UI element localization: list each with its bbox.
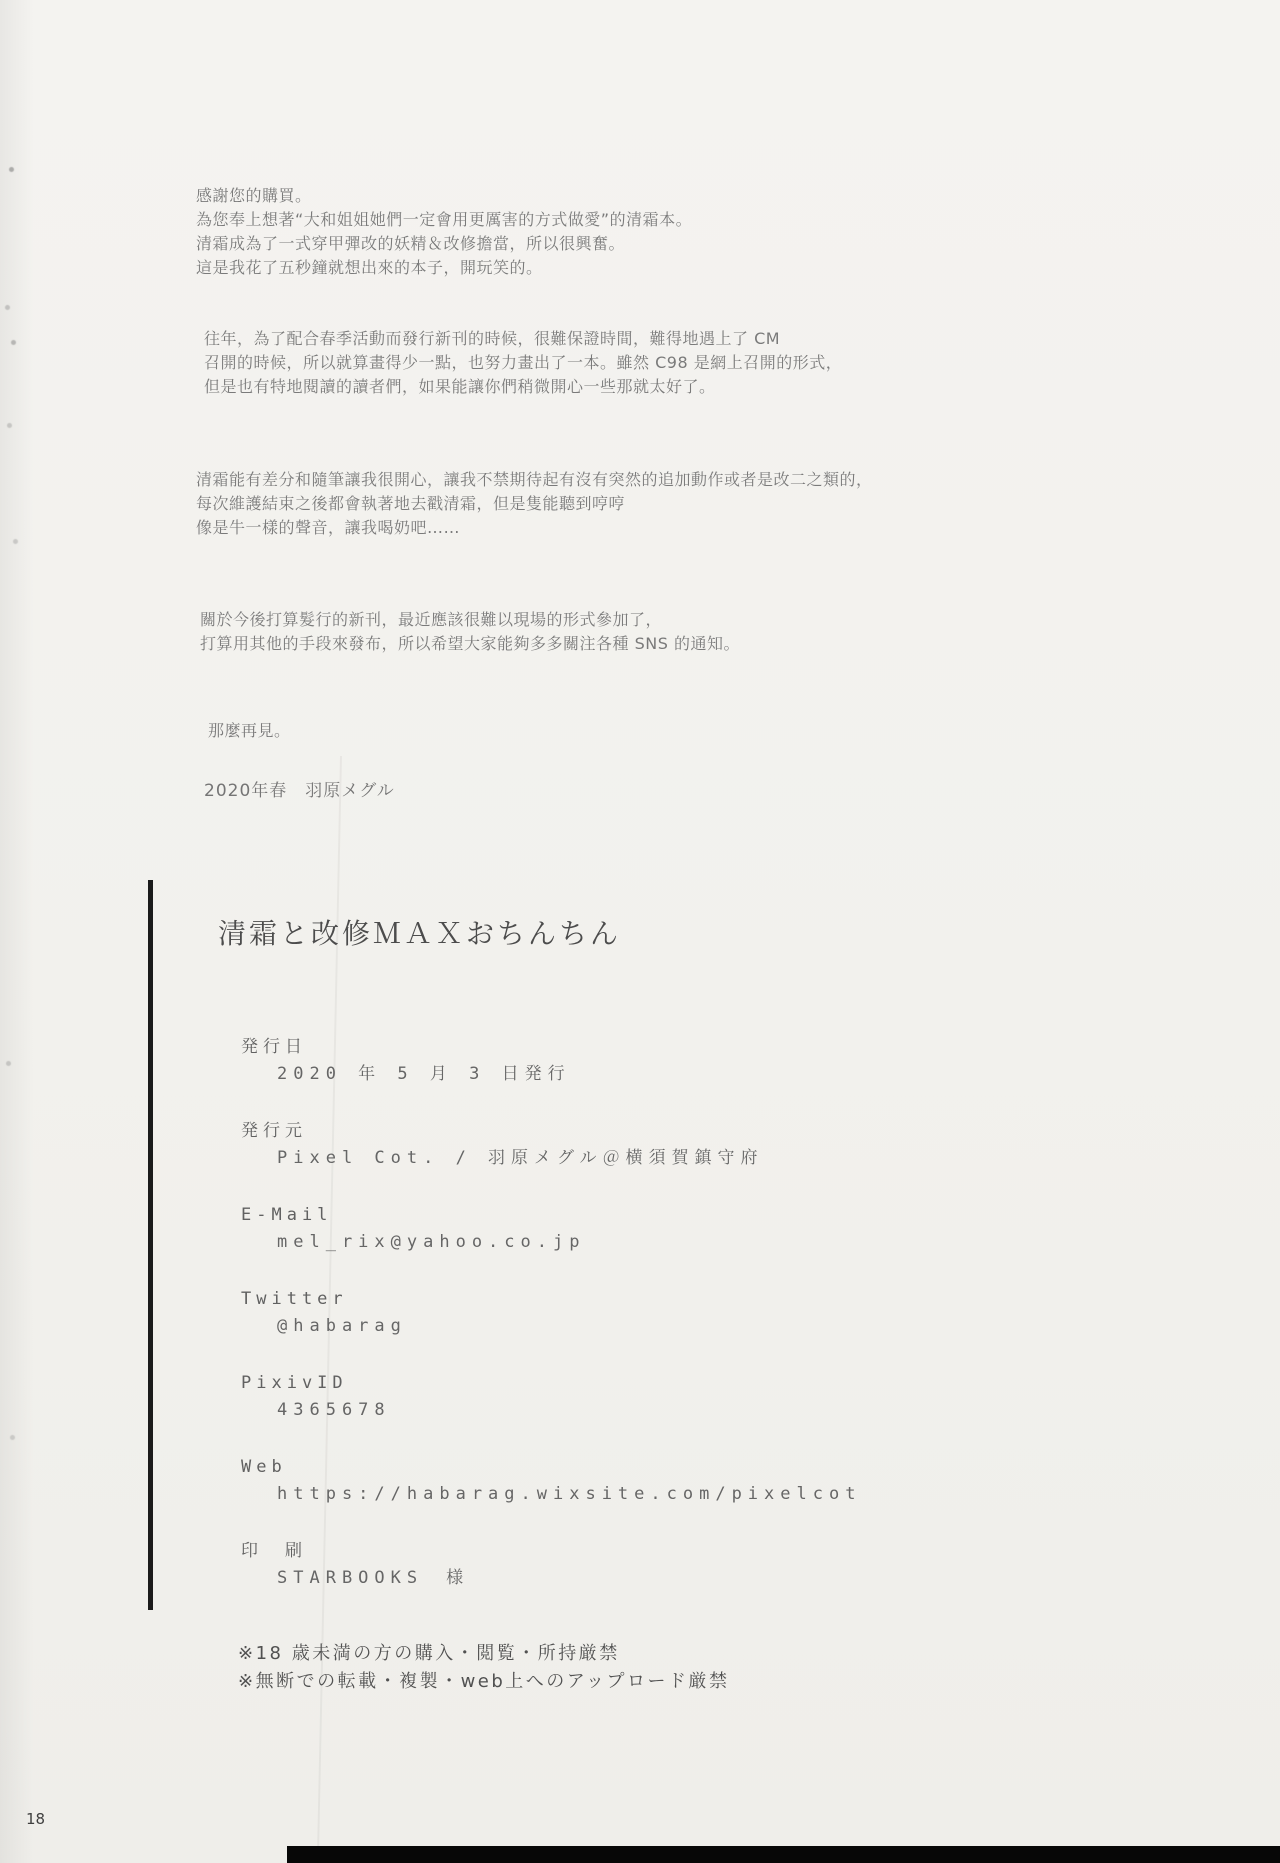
afterword-line: 清霜成為了一式穿甲彈改的妖精＆改修擔當，所以很興奮。 [196,232,692,256]
afterword-line: 像是牛一樣的聲音，讓我喝奶吧…… [196,516,873,540]
entry-value: 4365678 [277,1397,861,1424]
colophon-entry-email: E-Mail mel_rix@yahoo.co.jp [241,1202,861,1256]
entry-label: Web [241,1454,861,1481]
colophon-vertical-rule [148,880,153,1610]
entry-label: 発行日 [241,1034,861,1061]
afterword-line: 為您奉上想著“大和姐姐她們一定會用更厲害的方式做愛”的清霜本。 [196,208,692,232]
afterword-line: 但是也有特地閱讀的讀者們，如果能讓你們稍微開心一些那就太好了。 [204,375,842,399]
afterword-paragraph-4: 關於今後打算髮行的新刊，最近應該很難以現場的形式參加了， 打算用其他的手段來發布… [200,608,740,656]
entry-label: 印 刷 [241,1538,861,1565]
scan-speckles [0,0,3,3]
book-title: 清霜と改修ＭＡＸおちんちん [218,912,621,952]
colophon-entry-publisher: 発行元 Pixel Cot. / 羽原メグル＠横須賀鎮守府 [241,1118,861,1172]
entry-value: https://habarag.wixsite.com/pixelcot [277,1481,861,1508]
page-number: 18 [26,1810,45,1828]
scanned-page: 感謝您的購買。 為您奉上想著“大和姐姐她們一定會用更厲害的方式做愛”的清霜本。 … [0,0,1280,1863]
entry-value: @habarag [277,1313,861,1340]
colophon-entry-printer: 印 刷 STARBOOKS 様 [241,1538,861,1592]
afterword-line: 清霜能有差分和隨筆讓我很開心，讓我不禁期待起有沒有突然的追加動作或者是改二之類的… [196,468,873,492]
colophon-entry-publication-date: 発行日 2020 年 5 月 3 日発行 [241,1034,861,1088]
entry-label: 発行元 [241,1118,861,1145]
afterword-line: 召開的時候，所以就算畫得少一點，也努力畫出了一本。雖然 C98 是網上召開的形式… [204,351,842,375]
afterword-line: 往年，為了配合春季活動而發行新刊的時候，很難保證時間，難得地遇上了 CM [204,327,842,351]
entry-value: Pixel Cot. / 羽原メグル＠横須賀鎮守府 [277,1145,861,1172]
afterword-line: 關於今後打算髮行的新刊，最近應該很難以現場的形式參加了， [200,608,740,632]
colophon-entries: 発行日 2020 年 5 月 3 日発行 発行元 Pixel Cot. / 羽原… [241,1034,861,1622]
entry-label: PixivID [241,1370,861,1397]
farewell-text: 那麼再見。 [208,718,291,741]
afterword-paragraph-1: 感謝您的購買。 為您奉上想著“大和姐姐她們一定會用更厲害的方式做愛”的清霜本。 … [196,184,692,280]
afterword-line: 打算用其他的手段來發布，所以希望大家能夠多多關注各種 SNS 的通知。 [200,632,740,656]
legal-notices: ※18 歳未満の方の購入・閲覧・所持厳禁 ※無断での転載・複製・web上へのアッ… [238,1640,730,1696]
colophon-entry-twitter: Twitter @habarag [241,1286,861,1340]
bottom-scan-bar [287,1846,1280,1863]
entry-label: E-Mail [241,1202,861,1229]
reproduction-prohibition-notice: ※無断での転載・複製・web上へのアップロード厳禁 [238,1668,730,1696]
entry-label: Twitter [241,1286,861,1313]
colophon-entry-pixiv-id: PixivID 4365678 [241,1370,861,1424]
afterword-line: 感謝您的購買。 [196,184,692,208]
afterword-line: 每次維護結束之後都會執著地去戳清霜，但是隻能聽到哼哼 [196,492,873,516]
age-restriction-notice: ※18 歳未満の方の購入・閲覧・所持厳禁 [238,1640,730,1668]
afterword-paragraph-2: 往年，為了配合春季活動而發行新刊的時候，很難保證時間，難得地遇上了 CM 召開的… [204,327,842,399]
entry-value: mel_rix@yahoo.co.jp [277,1229,861,1256]
author-signature: 2020年春 羽原メグル [204,776,395,801]
afterword-paragraph-3: 清霜能有差分和隨筆讓我很開心，讓我不禁期待起有沒有突然的追加動作或者是改二之類的… [196,468,873,540]
entry-value: STARBOOKS 様 [277,1565,861,1592]
afterword-line: 這是我花了五秒鐘就想出來的本子，開玩笑的。 [196,256,692,280]
colophon-entry-web: Web https://habarag.wixsite.com/pixelcot [241,1454,861,1508]
entry-value: 2020 年 5 月 3 日発行 [277,1061,861,1088]
